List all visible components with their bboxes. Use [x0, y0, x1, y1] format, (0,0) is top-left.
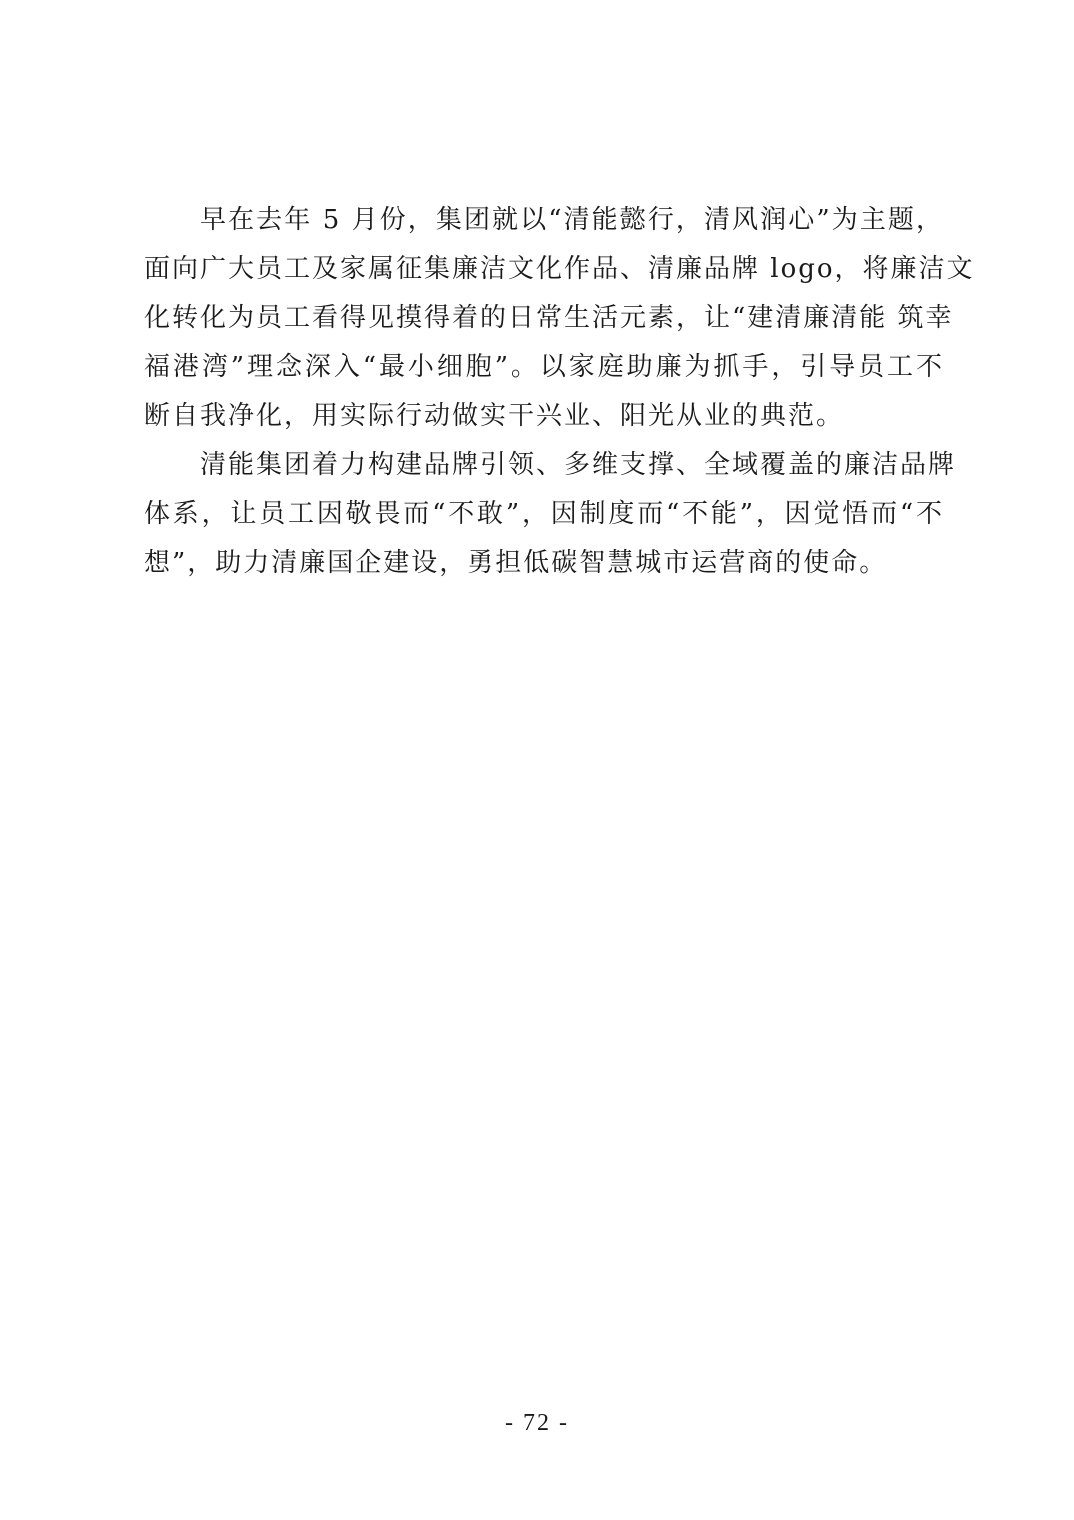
paragraph-2: 清能集团着力构建品牌引领、多维支撑、全域覆盖的廉洁品牌 体系，让员工因敬畏而“不… — [144, 441, 944, 588]
document-page: 早在去年 5 月份，集团就以“清能懿行，清风润心”为主题， 面向广大员工及家属征… — [0, 0, 1074, 1520]
paragraph-line: 福港湾”理念深入“最小细胞”。以家庭助廉为抓手，引导员工不 — [144, 343, 944, 392]
paragraph-line: 体系，让员工因敬畏而“不敢”，因制度而“不能”，因觉悟而“不 — [144, 490, 944, 539]
paragraph-line: 断自我净化，用实际行动做实干兴业、阳光从业的典范。 — [144, 392, 944, 441]
page-number: - 72 - — [0, 1410, 1074, 1437]
paragraph-1: 早在去年 5 月份，集团就以“清能懿行，清风润心”为主题， 面向广大员工及家属征… — [144, 196, 944, 441]
paragraph-line: 面向广大员工及家属征集廉洁文化作品、清廉品牌 logo，将廉洁文 — [144, 245, 944, 294]
paragraph-line: 化转化为员工看得见摸得着的日常生活元素，让“建清廉清能 筑幸 — [144, 294, 944, 343]
paragraph-line: 想”，助力清廉国企建设，勇担低碳智慧城市运营商的使命。 — [144, 539, 944, 588]
paragraph-line: 早在去年 5 月份，集团就以“清能懿行，清风润心”为主题， — [144, 196, 944, 245]
body-text: 早在去年 5 月份，集团就以“清能懿行，清风润心”为主题， 面向广大员工及家属征… — [144, 196, 944, 588]
paragraph-line: 清能集团着力构建品牌引领、多维支撑、全域覆盖的廉洁品牌 — [144, 441, 944, 490]
